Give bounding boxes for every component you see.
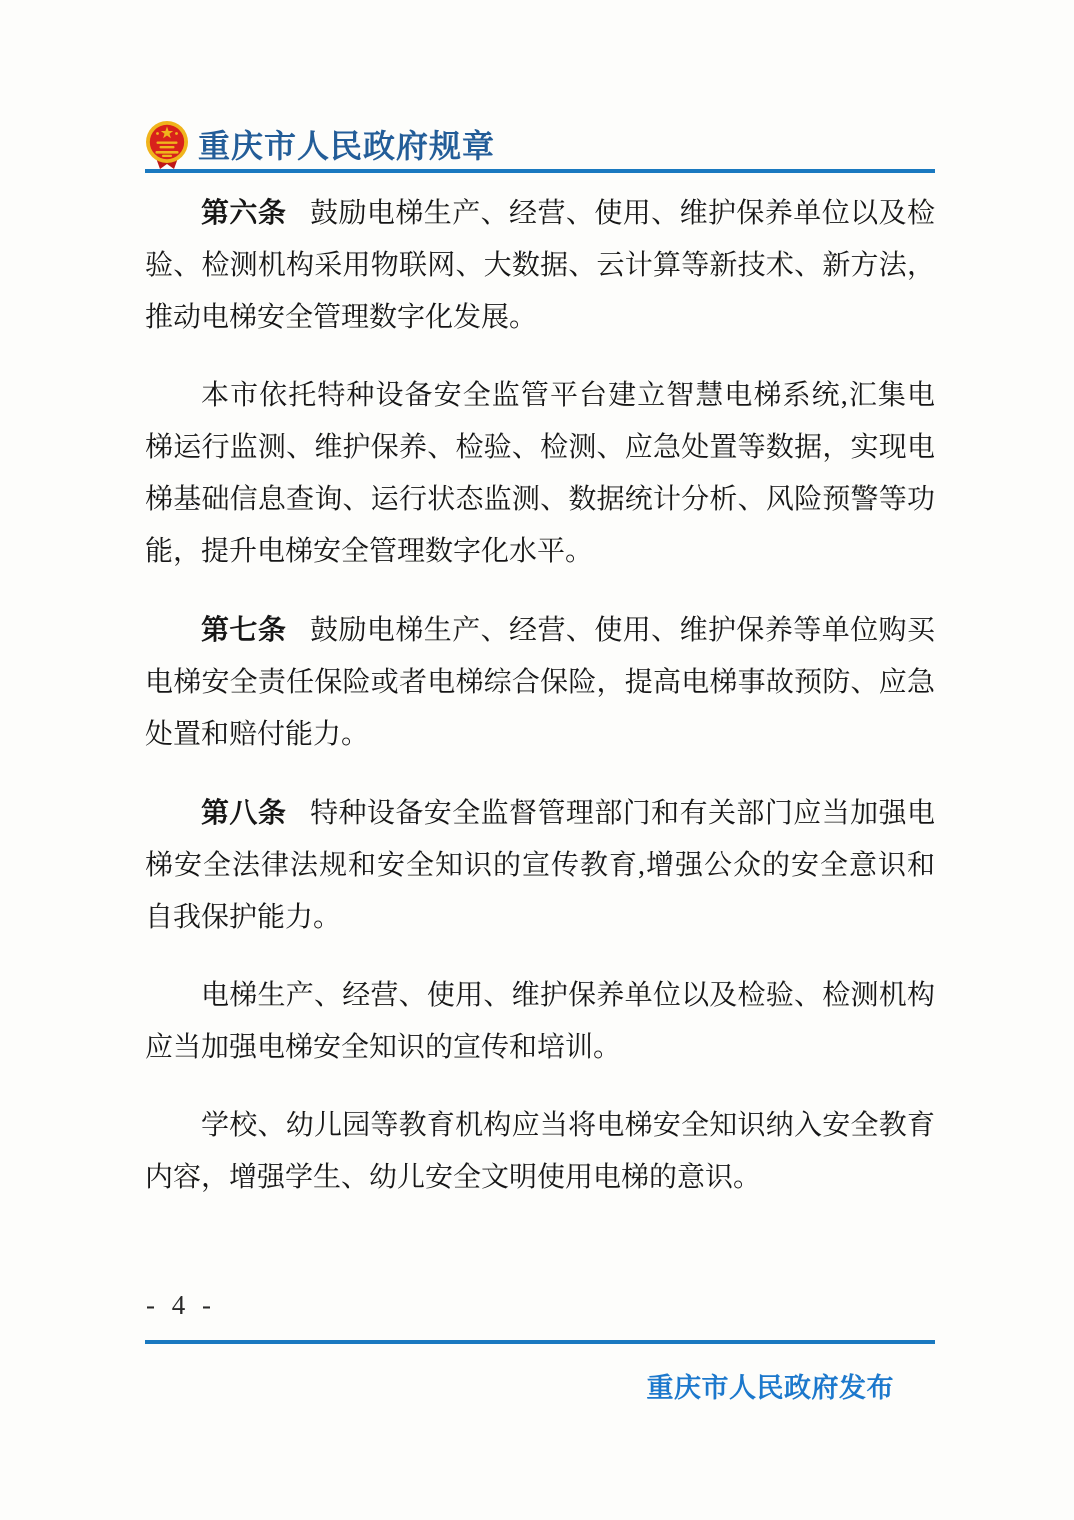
body-paragraph: 电梯生产、经营、使用、维护保养单位以及检验、检测机构应当加强电梯安全知识的宣传和…: [145, 970, 935, 1074]
page-number: - 4 -: [146, 1290, 216, 1321]
body-paragraph: 学校、幼儿园等教育机构应当将电梯安全知识纳入安全教育内容，增强学生、幼儿安全文明…: [145, 1100, 935, 1204]
china-national-emblem-icon: [145, 120, 189, 170]
paragraph-text: 学校、幼儿园等教育机构应当将电梯安全知识纳入安全教育内容，增强学生、幼儿安全文明…: [145, 1110, 935, 1193]
footer-divider-rule: [145, 1340, 935, 1344]
article-number: 第六条: [201, 197, 286, 228]
paragraph-text: 本市依托特种设备安全监管平台建立智慧电梯系统,汇集电梯运行监测、维护保养、检验、…: [145, 380, 935, 567]
body-paragraph: 第六条鼓励电梯生产、经营、使用、维护保养单位以及检验、检测机构采用物联网、大数据…: [145, 187, 935, 344]
article-number: 第八条: [201, 797, 286, 828]
document-body: 第六条鼓励电梯生产、经营、使用、维护保养单位以及检验、检测机构采用物联网、大数据…: [145, 187, 935, 1204]
body-paragraph: 本市依托特种设备安全监管平台建立智慧电梯系统,汇集电梯运行监测、维护保养、检验、…: [145, 370, 935, 578]
page-header: 重庆市人民政府规章: [145, 120, 495, 168]
document-page: 重庆市人民政府规章 第六条鼓励电梯生产、经营、使用、维护保养单位以及检验、检测机…: [0, 0, 1074, 1520]
body-paragraph: 第七条鼓励电梯生产、经营、使用、维护保养等单位购买电梯安全责任保险或者电梯综合保…: [145, 604, 935, 761]
paragraph-text: 电梯生产、经营、使用、维护保养单位以及检验、检测机构应当加强电梯安全知识的宣传和…: [145, 980, 935, 1063]
article-number: 第七条: [201, 614, 286, 645]
document-category-title: 重庆市人民政府规章: [198, 121, 495, 167]
publisher-line: 重庆市人民政府发布: [647, 1366, 895, 1405]
body-paragraph: 第八条特种设备安全监督管理部门和有关部门应当加强电梯安全法律法规和安全知识的宣传…: [145, 787, 935, 944]
header-divider-rule: [145, 169, 935, 173]
